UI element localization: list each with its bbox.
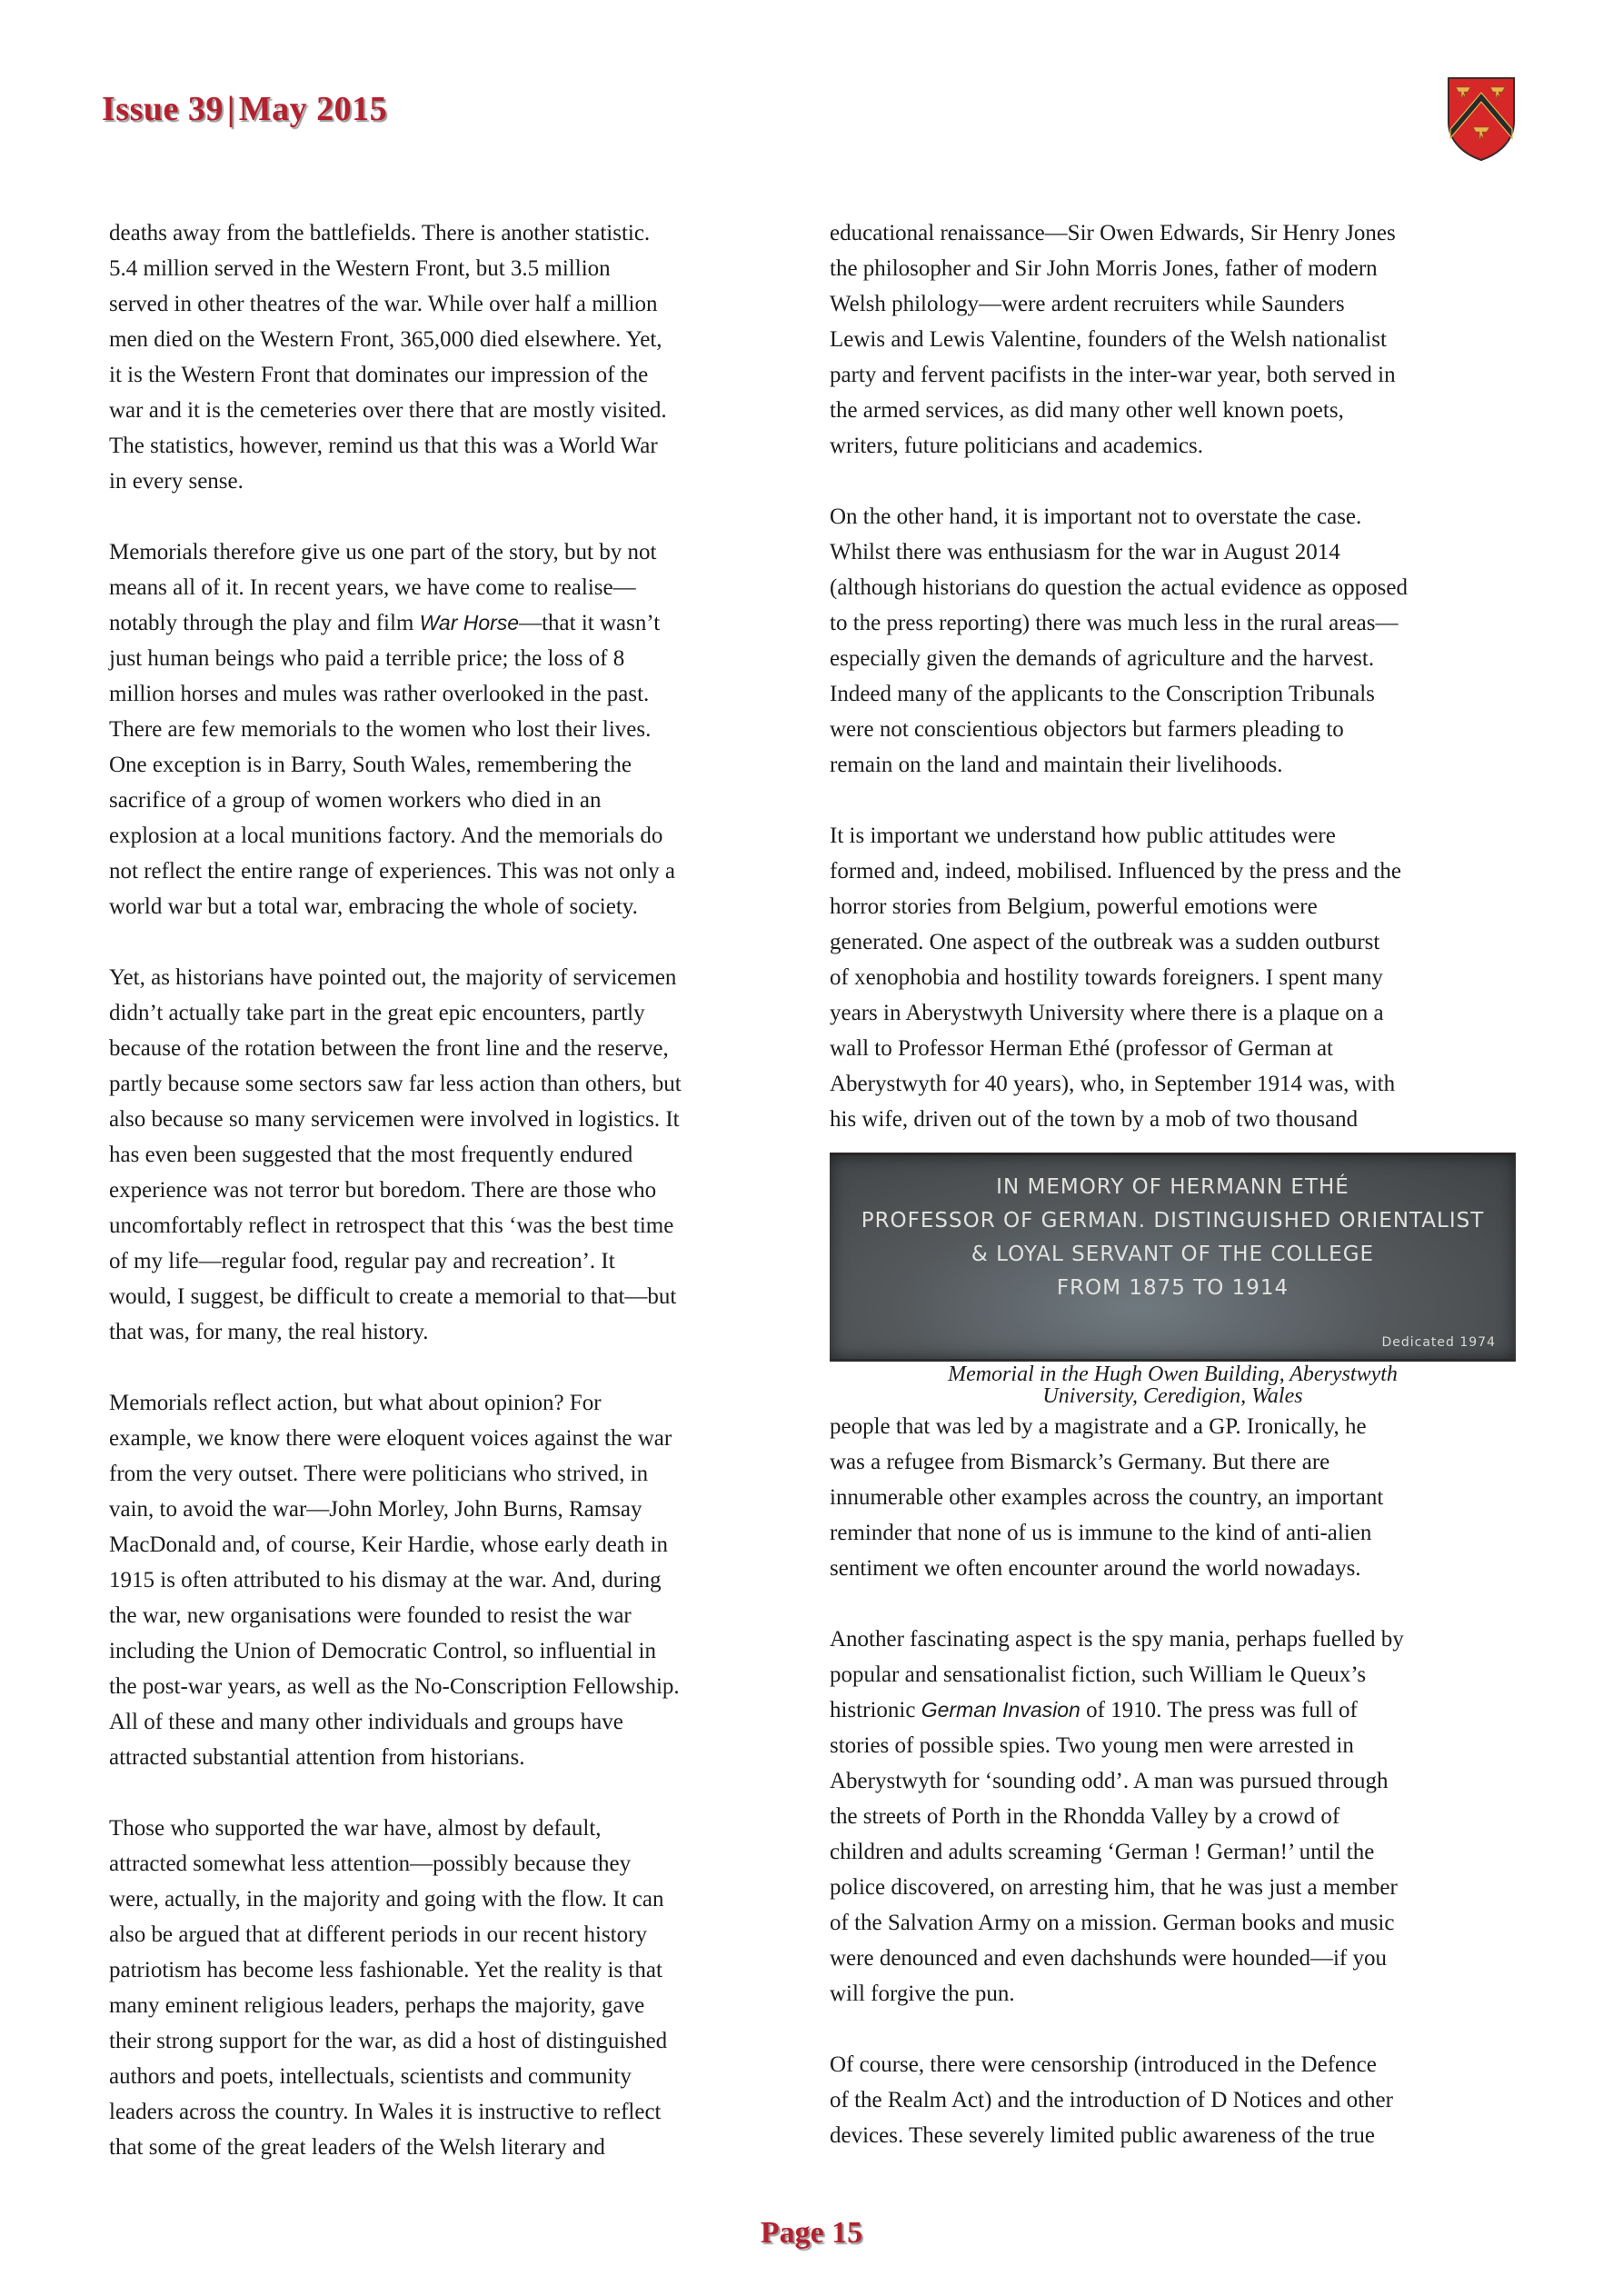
page-number: Page 15: [0, 2216, 1623, 2251]
text-line: also because so many servicemen were inv…: [109, 1102, 818, 1137]
text-line: from the very outset. There were politic…: [109, 1456, 818, 1492]
paragraph: On the other hand, it is important not t…: [830, 499, 1538, 783]
text-line-with-italic-title: notably through the play and film War Ho…: [109, 605, 818, 641]
paragraph: Memorials reflect action, but what about…: [109, 1385, 818, 1775]
paragraph: Yet, as historians have pointed out, the…: [109, 960, 818, 1350]
text-line: popular and sensationalist fiction, such…: [830, 1657, 1538, 1692]
text-line: deaths away from the battlefields. There…: [109, 215, 818, 251]
text-line: partly because some sectors saw far less…: [109, 1066, 818, 1102]
memorial-plaque-photo: IN MEMORY OF HERMANN ETHÉ PROFESSOR OF G…: [830, 1153, 1516, 1362]
text-line: the armed services, as did many other we…: [830, 393, 1538, 428]
text-line: generated. One aspect of the outbreak wa…: [830, 924, 1538, 960]
paragraph: Of course, there were censorship (introd…: [830, 2047, 1538, 2153]
text-line: There are few memorials to the women who…: [109, 712, 818, 747]
text-line: that was, for many, the real history.: [109, 1314, 818, 1350]
text-line: years in Aberystwyth University where th…: [830, 995, 1538, 1031]
text-line: Welsh philology—were ardent recruiters w…: [830, 286, 1538, 322]
text-line: patriotism has become less fashionable. …: [109, 1952, 818, 1988]
text-line: 5.4 million served in the Western Front,…: [109, 251, 818, 286]
text-segment: notably through the play and film: [109, 611, 420, 635]
plaque-inscription-line: & LOYAL SERVANT OF THE COLLEGE: [830, 1243, 1516, 1266]
text-line: horror stories from Belgium, powerful em…: [830, 889, 1538, 924]
paragraph: deaths away from the battlefields. There…: [109, 215, 818, 499]
text-line: served in other theatres of the war. Whi…: [109, 286, 818, 322]
text-line: party and fervent pacifists in the inter…: [830, 357, 1538, 393]
text-line: his wife, driven out of the town by a mo…: [830, 1102, 1538, 1137]
text-line: in every sense.: [109, 464, 818, 499]
text-line: sacrifice of a group of women workers wh…: [109, 783, 818, 818]
text-line: remain on the land and maintain their li…: [830, 747, 1538, 783]
text-line: their strong support for the war, as did…: [109, 2023, 818, 2059]
right-column: educational renaissance—Sir Owen Edwards…: [830, 215, 1538, 1173]
text-line: devices. These severely limited public a…: [830, 2118, 1538, 2153]
paragraph: people that was led by a magistrate and …: [830, 1409, 1538, 1586]
film-title-war-horse: War Horse: [420, 611, 520, 634]
text-line: Aberystwyth for 40 years), who, in Septe…: [830, 1066, 1538, 1102]
text-line: the streets of Porth in the Rhondda Vall…: [830, 1799, 1538, 1834]
text-line: world war but a total war, embracing the…: [109, 889, 818, 924]
text-line: children and adults screaming ‘German ! …: [830, 1834, 1538, 1870]
college-crest-icon: [1445, 75, 1518, 162]
text-line: of the Realm Act) and the introduction o…: [830, 2082, 1538, 2118]
text-line: 1915 is often attributed to his dismay a…: [109, 1562, 818, 1598]
text-line: sentiment we often encounter around the …: [830, 1551, 1538, 1586]
left-column: deaths away from the battlefields. There…: [109, 215, 818, 2201]
text-line: attracted somewhat less attention—possib…: [109, 1846, 818, 1882]
plaque-inscription-line: IN MEMORY OF HERMANN ETHÉ: [830, 1175, 1516, 1199]
text-line: Another fascinating aspect is the spy ma…: [830, 1622, 1538, 1657]
text-line: it is the Western Front that dominates o…: [109, 357, 818, 393]
text-line: million horses and mules was rather over…: [109, 676, 818, 712]
text-line: of xenophobia and hostility towards fore…: [830, 960, 1538, 995]
text-line: reminder that none of us is immune to th…: [830, 1515, 1538, 1551]
caption-line: Memorial in the Hugh Owen Building, Aber…: [830, 1363, 1516, 1385]
paragraph: It is important we understand how public…: [830, 818, 1538, 1137]
text-line: men died on the Western Front, 365,000 d…: [109, 322, 818, 357]
text-line: just human beings who paid a terrible pr…: [109, 641, 818, 676]
text-line: police discovered, on arresting him, tha…: [830, 1870, 1538, 1905]
text-line: people that was led by a magistrate and …: [830, 1409, 1538, 1444]
paragraph: Another fascinating aspect is the spy ma…: [830, 1622, 1538, 2011]
text-line: Those who supported the war have, almost…: [109, 1811, 818, 1846]
text-line: of my life—regular food, regular pay and…: [109, 1243, 818, 1279]
masthead-separator: |: [227, 89, 235, 129]
text-line: would, I suggest, be difficult to create…: [109, 1279, 818, 1314]
text-line: the post-war years, as well as the No-Co…: [109, 1669, 818, 1704]
text-line-with-italic-title: histrionic German Invasion of 1910. The …: [830, 1692, 1538, 1728]
text-line: educational renaissance—Sir Owen Edwards…: [830, 215, 1538, 251]
plaque-inscription-line: PROFESSOR OF GERMAN. DISTINGUISHED ORIEN…: [830, 1209, 1516, 1233]
text-line: didn’t actually take part in the great e…: [109, 995, 818, 1031]
issue-masthead: Issue 39|May 2015: [102, 89, 387, 129]
text-line: the philosopher and Sir John Morris Jone…: [830, 251, 1538, 286]
paragraph: educational renaissance—Sir Owen Edwards…: [830, 215, 1538, 464]
text-segment: histrionic: [830, 1698, 921, 1722]
text-line: The statistics, however, remind us that …: [109, 428, 818, 464]
text-line: wall to Professor Herman Ethé (professor…: [830, 1031, 1538, 1066]
text-line: Aberystwyth for ‘sounding odd’. A man wa…: [830, 1763, 1538, 1799]
text-line: All of these and many other individuals …: [109, 1704, 818, 1740]
text-line: It is important we understand how public…: [830, 818, 1538, 854]
text-line: war and it is the cemeteries over there …: [109, 393, 818, 428]
text-line: attracted substantial attention from his…: [109, 1740, 818, 1775]
text-line: Yet, as historians have pointed out, the…: [109, 960, 818, 995]
book-title-german-invasion: German Invasion: [921, 1698, 1080, 1722]
text-line: that some of the great leaders of the We…: [109, 2130, 818, 2165]
text-segment: of 1910. The press was full of: [1080, 1698, 1358, 1722]
text-line: the war, new organisations were founded …: [109, 1598, 818, 1633]
text-line: was a refugee from Bismarck’s Germany. B…: [830, 1444, 1538, 1480]
text-line: were, actually, in the majority and goin…: [109, 1882, 818, 1917]
text-line: innumerable other examples across the co…: [830, 1480, 1538, 1515]
text-line: MacDonald and, of course, Keir Hardie, w…: [109, 1527, 818, 1562]
text-line: will forgive the pun.: [830, 1976, 1538, 2011]
text-line: Of course, there were censorship (introd…: [830, 2047, 1538, 2082]
text-line: One exception is in Barry, South Wales, …: [109, 747, 818, 783]
caption-line: University, Ceredigion, Wales: [830, 1385, 1516, 1407]
figure-caption: Memorial in the Hugh Owen Building, Aber…: [830, 1363, 1516, 1407]
text-line: example, we know there were eloquent voi…: [109, 1421, 818, 1456]
text-line: Lewis and Lewis Valentine, founders of t…: [830, 322, 1538, 357]
plaque-inscription-line: FROM 1875 TO 1914: [830, 1276, 1516, 1300]
text-line: also be argued that at different periods…: [109, 1917, 818, 1952]
text-line: writers, future politicians and academic…: [830, 428, 1538, 464]
text-line: many eminent religious leaders, perhaps …: [109, 1988, 818, 2023]
text-line: were denounced and even dachshunds were …: [830, 1941, 1538, 1976]
paragraph: Memorials therefore give us one part of …: [109, 534, 818, 924]
text-line: vain, to avoid the war—John Morley, John…: [109, 1492, 818, 1527]
issue-date: May 2015: [239, 90, 387, 128]
text-line: because of the rotation between the fron…: [109, 1031, 818, 1066]
text-line: (although historians do question the act…: [830, 570, 1538, 605]
text-line: explosion at a local munitions factory. …: [109, 818, 818, 854]
text-line: On the other hand, it is important not t…: [830, 499, 1538, 534]
text-line: especially given the demands of agricult…: [830, 641, 1538, 676]
text-line: means all of it. In recent years, we hav…: [109, 570, 818, 605]
text-line: Memorials therefore give us one part of …: [109, 534, 818, 570]
plaque-dedication-date: Dedicated 1974: [1381, 1335, 1496, 1350]
text-line: formed and, indeed, mobilised. Influence…: [830, 854, 1538, 889]
text-line: not reflect the entire range of experien…: [109, 854, 818, 889]
text-line: Memorials reflect action, but what about…: [109, 1385, 818, 1421]
text-line: stories of possible spies. Two young men…: [830, 1728, 1538, 1763]
text-line: to the press reporting) there was much l…: [830, 605, 1538, 641]
text-line: were not conscientious objectors but far…: [830, 712, 1538, 747]
text-line: including the Union of Democratic Contro…: [109, 1633, 818, 1669]
text-line: uncomfortably reflect in retrospect that…: [109, 1208, 818, 1243]
text-segment: —that it wasn’t: [519, 611, 660, 635]
text-line: has even been suggested that the most fr…: [109, 1137, 818, 1173]
text-line: Whilst there was enthusiasm for the war …: [830, 534, 1538, 570]
text-line: leaders across the country. In Wales it …: [109, 2094, 818, 2130]
text-line: experience was not terror but boredom. T…: [109, 1173, 818, 1208]
right-column-continued: people that was led by a magistrate and …: [830, 1409, 1538, 2189]
text-line: of the Salvation Army on a mission. Germ…: [830, 1905, 1538, 1941]
paragraph: Those who supported the war have, almost…: [109, 1811, 818, 2165]
text-line: authors and poets, intellectuals, scient…: [109, 2059, 818, 2094]
issue-number: Issue 39: [102, 90, 224, 128]
text-line: Indeed many of the applicants to the Con…: [830, 676, 1538, 712]
